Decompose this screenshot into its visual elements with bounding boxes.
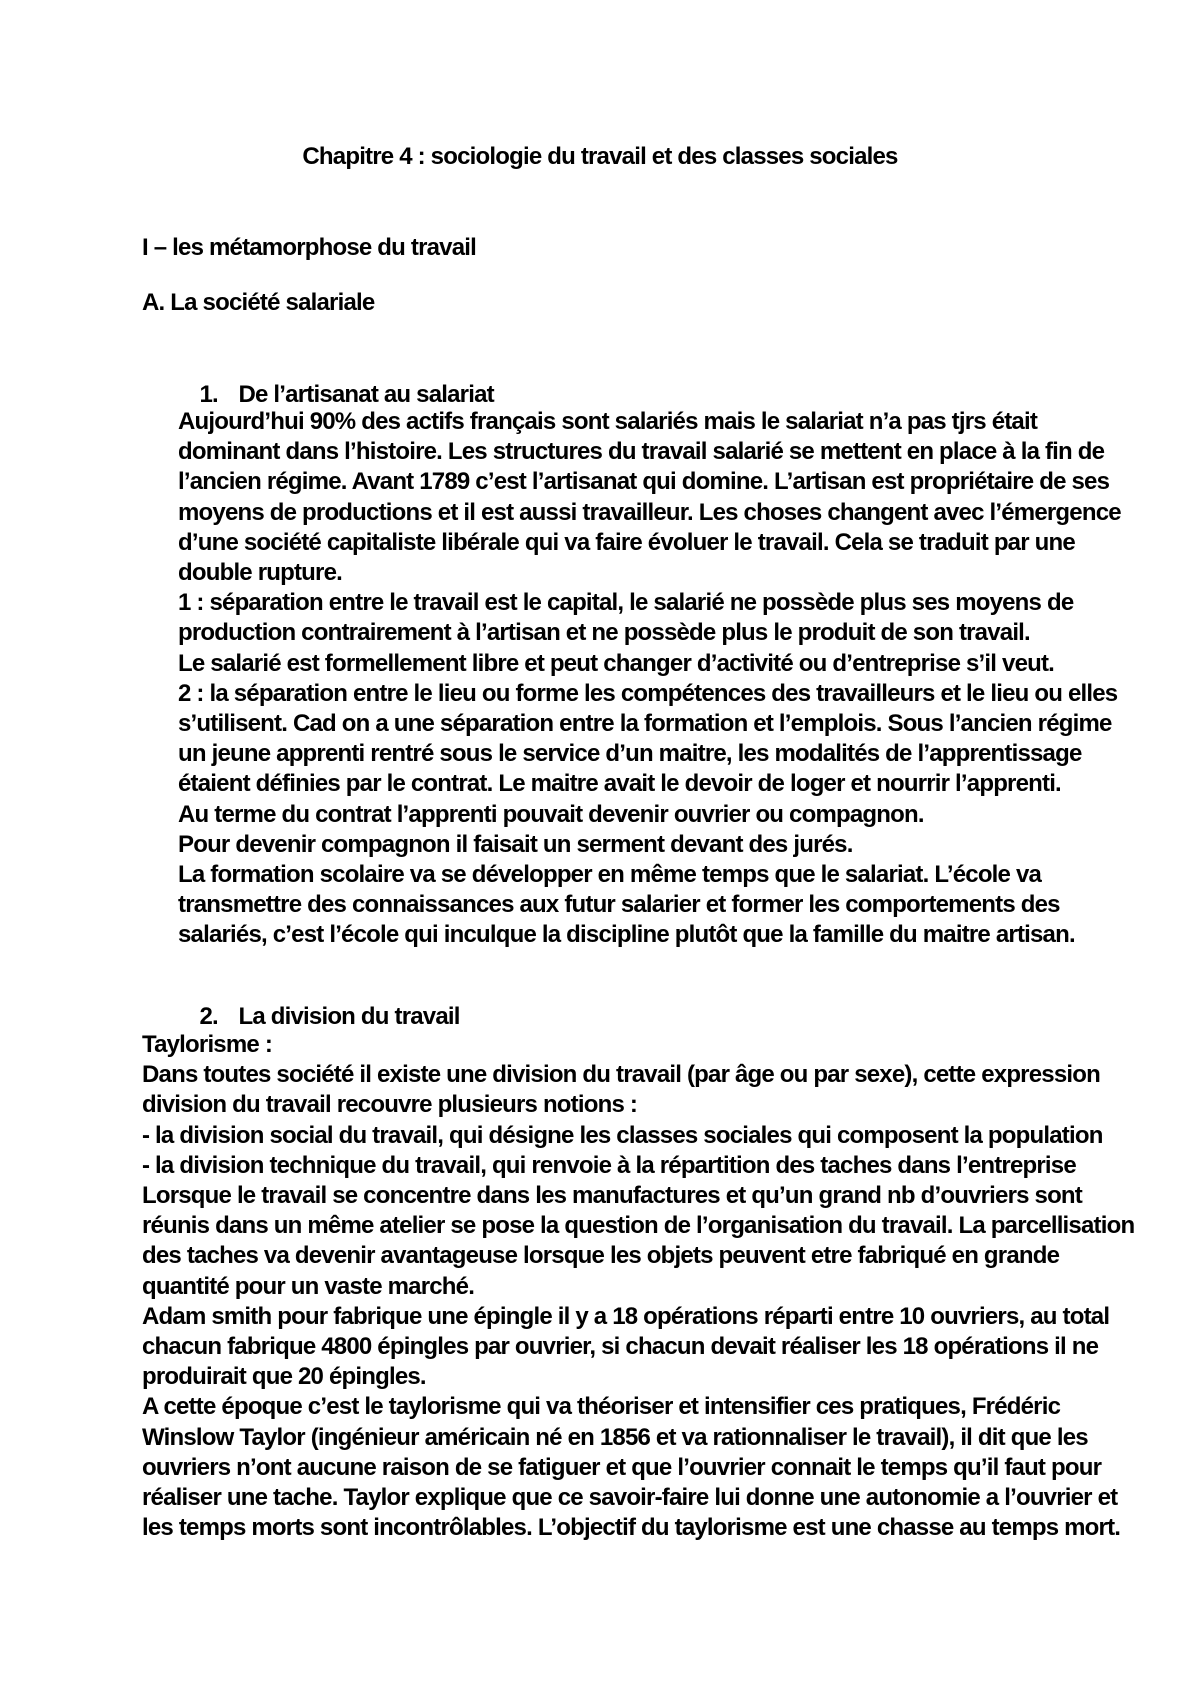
document-title: Chapitre 4 : sociologie du travail et de… [0,142,1200,172]
subsection-heading-a: A. La société salariale [142,288,374,318]
document-page: Chapitre 4 : sociologie du travail et de… [0,0,1200,1698]
numbered-heading-2-label: La division du travail [238,1003,459,1030]
paragraph-artisanat-salariat: Aujourd’hui 90% des actifs français sont… [178,407,1121,951]
paragraph-taylorisme: Taylorisme : Dans toutes société il exis… [142,1030,1134,1543]
section-heading-roman-1: I – les métamorphose du travail [142,233,476,263]
numbered-heading-2-number: 2. [199,1002,238,1032]
numbered-heading-1-label: De l’artisanat au salariat [238,381,493,408]
numbered-heading-1-number: 1. [199,380,238,410]
